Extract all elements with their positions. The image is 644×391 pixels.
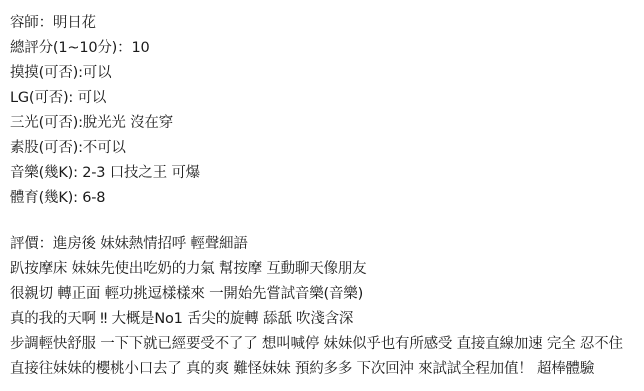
profile-section: 容師：明日花 總評分(1~10分)：10 摸摸(可否):可以 LG(可否): 可… [10,11,640,211]
review-line: 評價：進房後 妹妹熱情招呼 輕聲細語 [10,232,640,257]
document-body: 容師：明日花 總評分(1~10分)：10 摸摸(可否):可以 LG(可否): 可… [10,11,640,382]
profile-name: 容師：明日花 [10,11,640,36]
profile-sports-price: 體育(幾K): 6-8 [10,186,640,211]
review-line: 很親切 轉正面 輕功挑逗樣樣來 一開始先嘗試音樂(音樂) [10,282,640,307]
review-line: 直接往妹妹的櫻桃小口去了 真的爽 難怪妹妹 預約多多 下次回沖 來試試全程加值！… [10,357,640,382]
profile-sugu: 素股(可否):不可以 [10,136,640,161]
review-section: 評價：進房後 妹妹熱情招呼 輕聲細語 趴按摩床 妹妹先使出吃奶的力氣 幫按摩 互… [10,232,640,382]
profile-total-score: 總評分(1~10分)：10 [10,36,640,61]
profile-lg: LG(可否): 可以 [10,86,640,111]
review-line: 趴按摩床 妹妹先使出吃奶的力氣 幫按摩 互動聊天像朋友 [10,257,640,282]
profile-music-price: 音樂(幾K): 2-3 口技之王 可爆 [10,161,640,186]
section-spacer [10,211,640,232]
review-line: 真的我的天啊 ‼ 大概是No1 舌尖的旋轉 舔舐 吹淺含深 [10,307,640,332]
profile-touch: 摸摸(可否):可以 [10,61,640,86]
profile-sanguang: 三光(可否):脫光光 沒在穿 [10,111,640,136]
review-line: 步調輕快舒服 一下下就已經要受不了了 想叫喊停 妹妹似乎也有所感受 直接直線加速… [10,332,640,357]
